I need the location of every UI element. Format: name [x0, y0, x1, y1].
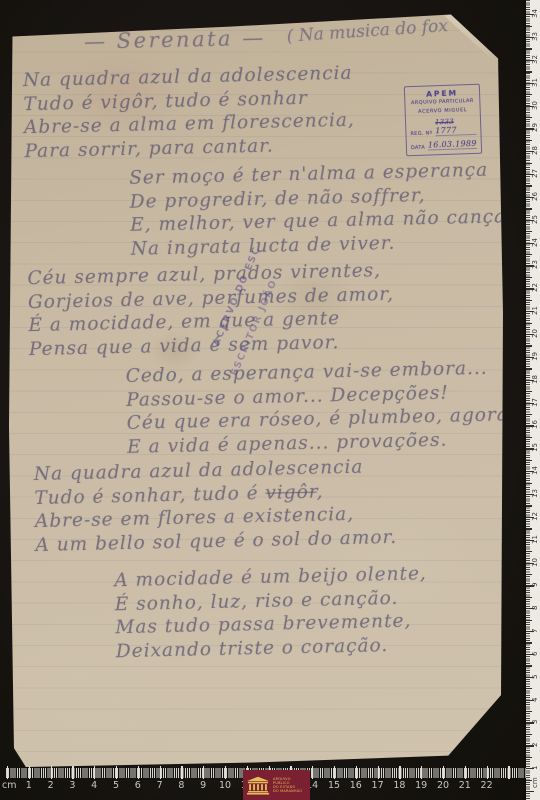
ruler-half-tick: [526, 323, 532, 324]
ruler-number: 1: [26, 780, 32, 791]
ruler-half-tick: [526, 94, 532, 95]
title-row: — Serenata — ( Na musica do fox: [84, 22, 449, 54]
stamp-date-label: DATA: [411, 145, 425, 151]
ruler-cm-tick: [51, 766, 52, 779]
ruler-half-tick: [526, 620, 532, 621]
ruler-half-tick: [526, 231, 532, 232]
ruler-number: 5: [113, 780, 119, 791]
ruler-half-tick: [526, 574, 532, 575]
ruler-half-tick: [526, 551, 532, 552]
ruler-half-tick: [526, 665, 532, 666]
ruler-half-tick: [526, 688, 532, 689]
ruler-half-tick: [526, 483, 532, 484]
ruler-number: 17: [372, 780, 384, 791]
ruler-cm-tick: [356, 766, 357, 779]
ruler-cm-tick: [203, 766, 204, 779]
ruler-half-tick: [526, 505, 532, 506]
ruler-number: 20: [532, 326, 540, 342]
ruler-number: 32: [532, 52, 540, 68]
ruler-half-tick: [526, 71, 532, 72]
ruler-half-tick: [526, 48, 532, 49]
ruler-cm-tick: [508, 766, 509, 779]
ruler-mm-ticks: [526, 0, 530, 800]
ruler-number: 12: [532, 509, 540, 525]
ruler-half-tick: [526, 460, 532, 461]
ruler-cm-tick: [334, 766, 335, 779]
ruler-number: 30: [532, 98, 540, 114]
ruler-cm-tick: [138, 766, 139, 779]
ruler-number: 16: [532, 417, 540, 433]
ruler-number: 31: [532, 75, 540, 91]
ruler-half-tick: [526, 208, 532, 209]
ruler-number: 4: [91, 780, 97, 791]
ruler-number: 9: [532, 577, 540, 593]
stanza-1: Na quadra azul da adolescenciaTudo é vig…: [23, 62, 356, 163]
ruler-number: 2: [48, 780, 54, 791]
stamp-reg-value: 1333 1777: [435, 117, 477, 136]
ruler-number: 1: [532, 760, 540, 776]
ruler-half-tick: [526, 277, 532, 278]
ruler-half-tick: [526, 414, 532, 415]
ruler-number: 14: [532, 463, 540, 479]
ruler-cm-tick: [312, 766, 313, 779]
archive-logo: ARQUIVO PÚBLICO DO ESTADO DO MARANHÃO: [243, 770, 310, 800]
stanza-6: A mocidade é um beijo olente,É sonho, lu…: [114, 562, 429, 663]
ruler-number: 26: [532, 189, 540, 205]
title-annotation: ( Na musica do fox: [286, 16, 448, 47]
ruler-number: 21: [459, 780, 471, 791]
ruler-number: 7: [157, 780, 163, 791]
stamp-dept-line: ARQUIVO PARTICULAR: [409, 98, 475, 106]
ruler-cm-tick: [526, 791, 534, 792]
ruler-cm-tick: [29, 766, 30, 779]
ruler-half-tick: [526, 185, 532, 186]
ruler-number: 27: [532, 166, 540, 182]
ruler-number: 3: [532, 714, 540, 730]
poem-title: — Serenata —: [84, 26, 266, 54]
ruler-cm-tick: [160, 766, 161, 779]
ruler-number: 3: [69, 780, 75, 791]
ruler-number: 34: [532, 6, 540, 22]
right-ruler: 1234567891011121314151617181920212223242…: [526, 0, 540, 800]
ruler-number: 22: [481, 780, 493, 791]
stanza-4: Cedo, a esperança vai-se embora...Passou…: [125, 356, 516, 459]
ruler-number: 10: [219, 780, 231, 791]
ruler-number: 22: [532, 280, 540, 296]
ruler-number: 2: [532, 737, 540, 753]
ruler-number: 18: [393, 780, 405, 791]
ruler-half-tick: [526, 300, 532, 301]
manuscript-paper: — Serenata — ( Na musica do fox Na quadr…: [6, 10, 503, 767]
ruler-cm-tick: [72, 766, 73, 779]
ruler-half-tick: [526, 163, 532, 164]
ruler-number: 5: [532, 669, 540, 685]
archive-logo-line: DO MARANHÃO: [273, 789, 302, 793]
ruler-cm-tick: [181, 766, 182, 779]
ruler-half-tick: [526, 254, 532, 255]
ruler-number: 16: [350, 780, 362, 791]
ruler-half-tick: [526, 26, 532, 27]
ruler-cm-tick: [378, 766, 379, 779]
ruler-number: 17: [532, 395, 540, 411]
scanned-document-page: — Serenata — ( Na musica do fox Na quadr…: [0, 0, 540, 800]
ruler-cm-tick: [7, 766, 8, 779]
stamp-collection-line: ACERVO MIGUEL: [410, 107, 476, 115]
ruler-number: 4: [532, 692, 540, 708]
ruler-number: 18: [532, 372, 540, 388]
ruler-number: 7: [532, 623, 540, 639]
registration-stamp: APEM ARQUIVO PARTICULAR ACERVO MIGUEL RE…: [404, 84, 482, 157]
ruler-number: 19: [415, 780, 427, 791]
stamp-date-handwritten: 16.03.1989: [428, 139, 477, 150]
stamp-reg-label: REG. Nº: [410, 130, 432, 137]
ruler-number: 23: [532, 257, 540, 273]
ruler-half-tick: [526, 734, 532, 735]
ruler-cm-tick: [225, 766, 226, 779]
ruler-number: 33: [532, 29, 540, 45]
ruler-number: 6: [532, 646, 540, 662]
ruler-cm-tick: [421, 766, 422, 779]
struck-word: vigôr: [265, 481, 317, 503]
stanza-5: Na quadra azul da adolescenciaTudo é son…: [34, 455, 398, 557]
ruler-number: 10: [532, 555, 540, 571]
ruler-number: 21: [532, 303, 540, 319]
ruler-half-tick: [526, 391, 532, 392]
ruler-cm-tick: [399, 766, 400, 779]
ruler-number: 9: [200, 780, 206, 791]
stanza-3: Céu sempre azul, prados virentes,Gorjeio…: [27, 259, 395, 361]
ruler-cm-tick: [465, 766, 466, 779]
ruler-number: 24: [532, 235, 540, 251]
ruler-number: 8: [178, 780, 184, 791]
ruler-number: 15: [328, 780, 340, 791]
stanza-2: Ser moço é ter n'alma a esperançaDe prog…: [129, 158, 507, 261]
ruler-number: 19: [532, 349, 540, 365]
ruler-cm-tick: [94, 766, 95, 779]
stamp-reg-number: 1777: [435, 126, 457, 136]
ruler-half-tick: [526, 597, 532, 598]
ruler-number: 8: [532, 600, 540, 616]
ruler-half-tick: [526, 437, 532, 438]
ruler-number: 28: [532, 143, 540, 159]
ruler-half-tick: [526, 140, 532, 141]
ruler-half-tick: [526, 117, 532, 118]
ruler-number: 6: [135, 780, 141, 791]
ruler-half-tick: [526, 345, 532, 346]
ruler-half-tick: [526, 528, 532, 529]
ruler-number: 20: [437, 780, 449, 791]
ruler-cm-tick: [116, 766, 117, 779]
building-icon: [246, 776, 270, 795]
archive-logo-text: ARQUIVO PÚBLICO DO ESTADO DO MARANHÃO: [273, 777, 302, 794]
ruler-half-tick: [526, 368, 532, 369]
ruler-number: 11: [532, 532, 540, 548]
ruler-number: 15: [532, 440, 540, 456]
ruler-number: 25: [532, 212, 540, 228]
ruler-cm-tick: [443, 766, 444, 779]
ruler-half-tick: [526, 757, 532, 758]
ruler-unit-label: cm: [2, 780, 16, 791]
ruler-half-tick: [526, 711, 532, 712]
ruler-cm-tick: [487, 766, 488, 779]
ruler-number: 13: [532, 486, 540, 502]
ruler-number: 29: [532, 120, 540, 136]
ruler-unit-label: cm: [532, 775, 540, 791]
stamp-date-value: 16.03.1989: [428, 139, 477, 151]
ruler-half-tick: [526, 642, 532, 643]
